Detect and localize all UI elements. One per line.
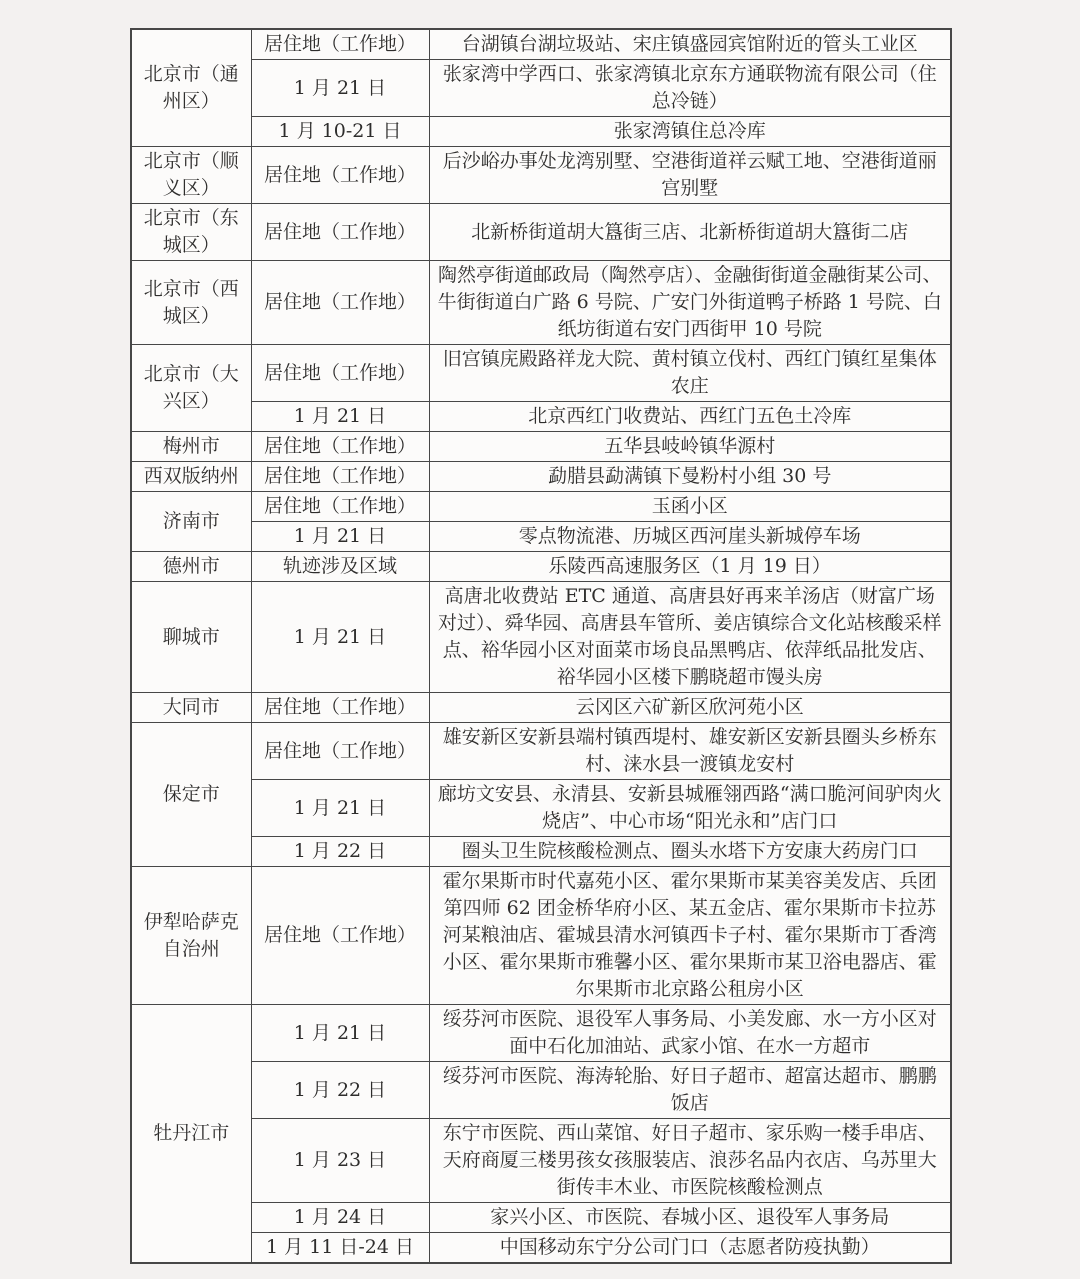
- exposure-locations-table: 北京市（通州区）居住地（工作地）台湖镇台湖垃圾站、宋庄镇盛园宾馆附近的管头工业区…: [130, 28, 952, 1264]
- locations-cell: 玉函小区: [429, 492, 951, 522]
- category-cell: 居住地（工作地）: [251, 345, 429, 402]
- category-cell: 1 月 21 日: [251, 780, 429, 837]
- category-cell: 1 月 21 日: [251, 60, 429, 117]
- city-cell: 北京市（大兴区）: [131, 345, 251, 432]
- table-row: 北京市（东城区）居住地（工作地）北新桥街道胡大簋街三店、北新桥街道胡大簋街二店: [131, 204, 951, 261]
- locations-cell: 零点物流港、历城区西河崖头新城停车场: [429, 522, 951, 552]
- city-cell: 保定市: [131, 723, 251, 867]
- locations-cell: 旧宫镇庑殿路祥龙大院、黄村镇立伐村、西红门镇红星集体农庄: [429, 345, 951, 402]
- category-cell: 居住地（工作地）: [251, 261, 429, 345]
- table-body: 北京市（通州区）居住地（工作地）台湖镇台湖垃圾站、宋庄镇盛园宾馆附近的管头工业区…: [131, 29, 951, 1263]
- locations-cell: 圈头卫生院核酸检测点、圈头水塔下方安康大药房门口: [429, 837, 951, 867]
- table-row: 保定市居住地（工作地）雄安新区安新县端村镇西堤村、雄安新区安新县圈头乡桥东村、涞…: [131, 723, 951, 780]
- locations-cell: 北京西红门收费站、西红门五色土冷库: [429, 402, 951, 432]
- document-page: 北京市（通州区）居住地（工作地）台湖镇台湖垃圾站、宋庄镇盛园宾馆附近的管头工业区…: [0, 0, 1080, 1279]
- city-cell: 北京市（东城区）: [131, 204, 251, 261]
- table-row: 1 月 11 日-24 日中国移动东宁分公司门口（志愿者防疫执勤）: [131, 1233, 951, 1264]
- table-row: 1 月 24 日家兴小区、市医院、春城小区、退役军人事务局: [131, 1203, 951, 1233]
- city-cell: 德州市: [131, 552, 251, 582]
- category-cell: 居住地（工作地）: [251, 147, 429, 204]
- city-cell: 梅州市: [131, 432, 251, 462]
- table-row: 梅州市居住地（工作地）五华县岐岭镇华源村: [131, 432, 951, 462]
- locations-cell: 家兴小区、市医院、春城小区、退役军人事务局: [429, 1203, 951, 1233]
- table-row: 1 月 22 日绥芬河市医院、海涛轮胎、好日子超市、超富达超市、鹏鹏饭店: [131, 1062, 951, 1119]
- category-cell: 1 月 21 日: [251, 582, 429, 693]
- category-cell: 居住地（工作地）: [251, 462, 429, 492]
- locations-cell: 后沙峪办事处龙湾别墅、空港街道祥云赋工地、空港街道丽宫别墅: [429, 147, 951, 204]
- table-row: 伊犁哈萨克自治州居住地（工作地）霍尔果斯市时代嘉苑小区、霍尔果斯市某美容美发店、…: [131, 867, 951, 1005]
- city-cell: 北京市（顺义区）: [131, 147, 251, 204]
- table-row: 1 月 23 日东宁市医院、西山菜馆、好日子超市、家乐购一楼手串店、天府商厦三楼…: [131, 1119, 951, 1203]
- city-cell: 大同市: [131, 693, 251, 723]
- locations-cell: 勐腊县勐满镇下曼粉村小组 30 号: [429, 462, 951, 492]
- locations-cell: 五华县岐岭镇华源村: [429, 432, 951, 462]
- category-cell: 1 月 10-21 日: [251, 117, 429, 147]
- locations-cell: 绥芬河市医院、退役军人事务局、小美发廊、水一方小区对面中石化加油站、武家小馆、在…: [429, 1005, 951, 1062]
- table-row: 1 月 10-21 日张家湾镇住总冷库: [131, 117, 951, 147]
- city-cell: 北京市（西城区）: [131, 261, 251, 345]
- locations-cell: 台湖镇台湖垃圾站、宋庄镇盛园宾馆附近的管头工业区: [429, 29, 951, 60]
- locations-cell: 中国移动东宁分公司门口（志愿者防疫执勤）: [429, 1233, 951, 1264]
- locations-cell: 雄安新区安新县端村镇西堤村、雄安新区安新县圈头乡桥东村、涞水县一渡镇龙安村: [429, 723, 951, 780]
- table-row: 1 月 21 日零点物流港、历城区西河崖头新城停车场: [131, 522, 951, 552]
- table-row: 北京市（西城区）居住地（工作地）陶然亭街道邮政局（陶然亭店）、金融街街道金融街某…: [131, 261, 951, 345]
- table-row: 牡丹江市1 月 21 日绥芬河市医院、退役军人事务局、小美发廊、水一方小区对面中…: [131, 1005, 951, 1062]
- table-row: 1 月 21 日廊坊文安县、永清县、安新县城雁翎西路“满口脆河间驴肉火烧店”、中…: [131, 780, 951, 837]
- city-cell: 聊城市: [131, 582, 251, 693]
- city-cell: 伊犁哈萨克自治州: [131, 867, 251, 1005]
- category-cell: 1 月 22 日: [251, 1062, 429, 1119]
- category-cell: 1 月 21 日: [251, 402, 429, 432]
- city-cell: 西双版纳州: [131, 462, 251, 492]
- category-cell: 1 月 11 日-24 日: [251, 1233, 429, 1264]
- table-row: 北京市（通州区）居住地（工作地）台湖镇台湖垃圾站、宋庄镇盛园宾馆附近的管头工业区: [131, 29, 951, 60]
- city-cell: 北京市（通州区）: [131, 29, 251, 147]
- category-cell: 居住地（工作地）: [251, 204, 429, 261]
- locations-cell: 云冈区六矿新区欣河苑小区: [429, 693, 951, 723]
- table-row: 北京市（大兴区）居住地（工作地）旧宫镇庑殿路祥龙大院、黄村镇立伐村、西红门镇红星…: [131, 345, 951, 402]
- locations-cell: 绥芬河市医院、海涛轮胎、好日子超市、超富达超市、鹏鹏饭店: [429, 1062, 951, 1119]
- table-row: 西双版纳州居住地（工作地）勐腊县勐满镇下曼粉村小组 30 号: [131, 462, 951, 492]
- city-cell: 济南市: [131, 492, 251, 552]
- table-row: 大同市居住地（工作地）云冈区六矿新区欣河苑小区: [131, 693, 951, 723]
- table-row: 1 月 21 日北京西红门收费站、西红门五色土冷库: [131, 402, 951, 432]
- city-cell: 牡丹江市: [131, 1005, 251, 1264]
- locations-cell: 乐陵西高速服务区（1 月 19 日）: [429, 552, 951, 582]
- category-cell: 居住地（工作地）: [251, 29, 429, 60]
- locations-cell: 北新桥街道胡大簋街三店、北新桥街道胡大簋街二店: [429, 204, 951, 261]
- category-cell: 居住地（工作地）: [251, 867, 429, 1005]
- locations-cell: 高唐北收费站 ETC 通道、高唐县好再来羊汤店（财富广场对过）、舜华园、高唐县车…: [429, 582, 951, 693]
- category-cell: 1 月 24 日: [251, 1203, 429, 1233]
- table-row: 德州市轨迹涉及区域乐陵西高速服务区（1 月 19 日）: [131, 552, 951, 582]
- locations-cell: 廊坊文安县、永清县、安新县城雁翎西路“满口脆河间驴肉火烧店”、中心市场“阳光永和…: [429, 780, 951, 837]
- category-cell: 居住地（工作地）: [251, 693, 429, 723]
- category-cell: 1 月 23 日: [251, 1119, 429, 1203]
- locations-cell: 张家湾镇住总冷库: [429, 117, 951, 147]
- category-cell: 1 月 21 日: [251, 1005, 429, 1062]
- locations-cell: 霍尔果斯市时代嘉苑小区、霍尔果斯市某美容美发店、兵团第四师 62 团金桥华府小区…: [429, 867, 951, 1005]
- locations-cell: 陶然亭街道邮政局（陶然亭店）、金融街街道金融街某公司、牛街街道白广路 6 号院、…: [429, 261, 951, 345]
- table-row: 1 月 21 日张家湾中学西口、张家湾镇北京东方通联物流有限公司（住总冷链）: [131, 60, 951, 117]
- table-row: 聊城市1 月 21 日高唐北收费站 ETC 通道、高唐县好再来羊汤店（财富广场对…: [131, 582, 951, 693]
- table-row: 1 月 22 日圈头卫生院核酸检测点、圈头水塔下方安康大药房门口: [131, 837, 951, 867]
- locations-cell: 张家湾中学西口、张家湾镇北京东方通联物流有限公司（住总冷链）: [429, 60, 951, 117]
- category-cell: 居住地（工作地）: [251, 492, 429, 522]
- category-cell: 轨迹涉及区域: [251, 552, 429, 582]
- category-cell: 1 月 21 日: [251, 522, 429, 552]
- table-row: 济南市居住地（工作地）玉函小区: [131, 492, 951, 522]
- table-row: 北京市（顺义区）居住地（工作地）后沙峪办事处龙湾别墅、空港街道祥云赋工地、空港街…: [131, 147, 951, 204]
- category-cell: 1 月 22 日: [251, 837, 429, 867]
- category-cell: 居住地（工作地）: [251, 432, 429, 462]
- locations-cell: 东宁市医院、西山菜馆、好日子超市、家乐购一楼手串店、天府商厦三楼男孩女孩服装店、…: [429, 1119, 951, 1203]
- category-cell: 居住地（工作地）: [251, 723, 429, 780]
